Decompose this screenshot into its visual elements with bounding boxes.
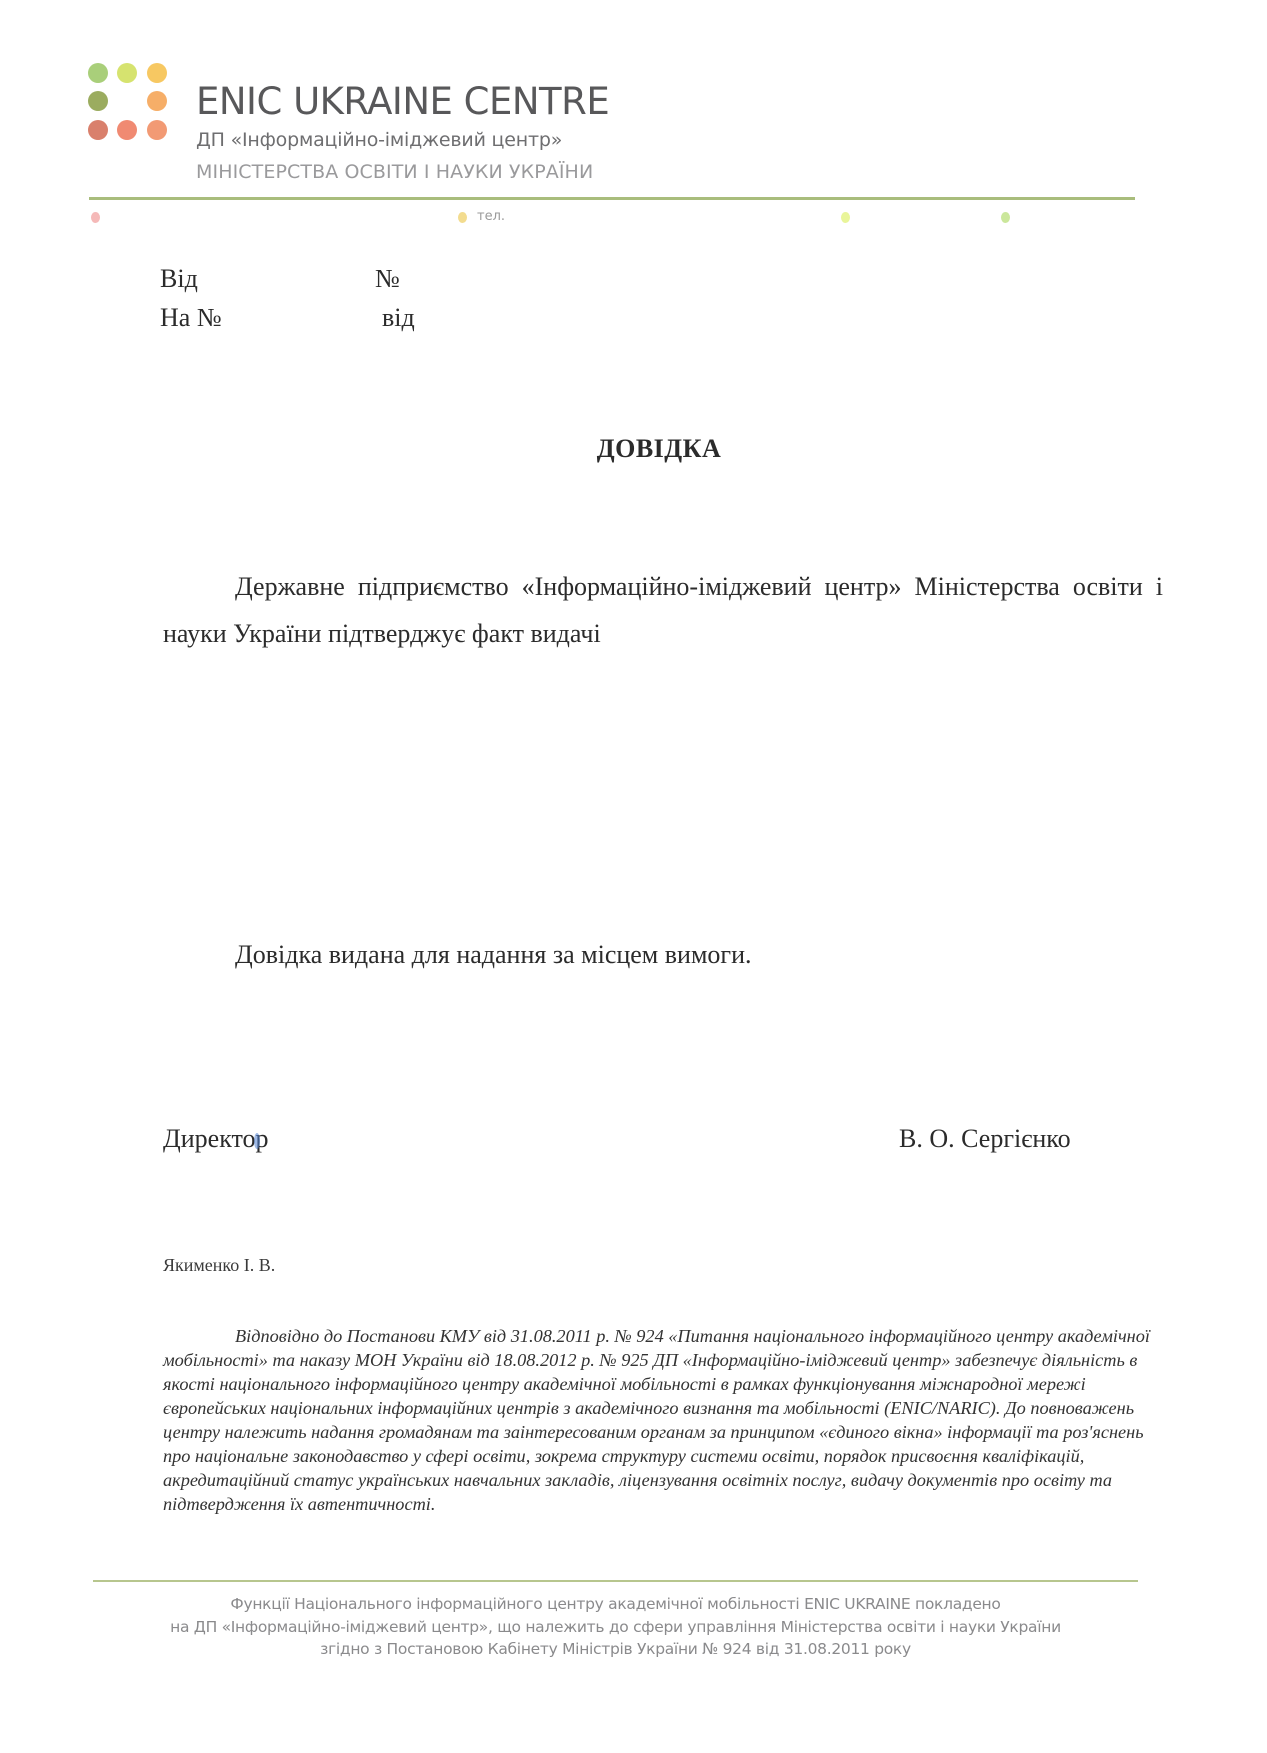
footer-divider bbox=[93, 1580, 1138, 1582]
footer-note: Функції Національного інформаційного цен… bbox=[93, 1593, 1138, 1661]
ministry-name: МІНІСТЕРСТВА ОСВІТИ І НАУКИ УКРАЇНИ bbox=[196, 161, 593, 183]
certificate-body: Державне підприємство «Інформаційно-імід… bbox=[163, 563, 1163, 657]
logo-dot bbox=[88, 91, 108, 111]
contact-dot bbox=[91, 212, 100, 223]
logo-dot bbox=[147, 63, 167, 83]
logo-dot bbox=[88, 63, 108, 83]
footer-line: на ДП «Інформаційно-іміджевий центр», що… bbox=[93, 1616, 1138, 1639]
legal-note: Відповідно до Постанови КМУ від 31.08.20… bbox=[163, 1324, 1163, 1516]
outgoing-number-label: № bbox=[375, 264, 400, 294]
logo-dot bbox=[117, 120, 137, 140]
contact-dot bbox=[458, 212, 467, 223]
phone-label: тел. bbox=[477, 209, 505, 224]
logo-dot bbox=[147, 120, 167, 140]
header-divider bbox=[89, 197, 1135, 200]
organization-title: ENIC UKRAINE CENTRE bbox=[196, 80, 609, 123]
executor-name: Якименко І. В. bbox=[163, 1255, 275, 1276]
organization-subtitle: ДП «Інформаційно-іміджевий центр» bbox=[196, 129, 562, 151]
logo-dot bbox=[147, 91, 167, 111]
contact-dot bbox=[841, 212, 850, 223]
footer-line: згідно з Постановою Кабінету Міністрів У… bbox=[93, 1638, 1138, 1661]
logo-dot bbox=[88, 120, 108, 140]
reference-number-label: На № bbox=[160, 303, 222, 333]
signatory-name: В. О. Сергієнко bbox=[899, 1124, 1071, 1154]
issued-for-text: Довідка видана для надання за місцем вим… bbox=[235, 940, 751, 970]
contact-dot bbox=[1001, 212, 1010, 223]
footer-line: Функції Національного інформаційного цен… bbox=[93, 1593, 1138, 1616]
signatory-position: Директор bbox=[163, 1124, 269, 1154]
reference-date-label: від bbox=[382, 303, 415, 333]
document-title: ДОВІДКА bbox=[0, 434, 1267, 464]
from-date-label: Від bbox=[160, 264, 198, 294]
text-cursor-mark bbox=[254, 1133, 260, 1149]
logo-dot bbox=[117, 63, 137, 83]
